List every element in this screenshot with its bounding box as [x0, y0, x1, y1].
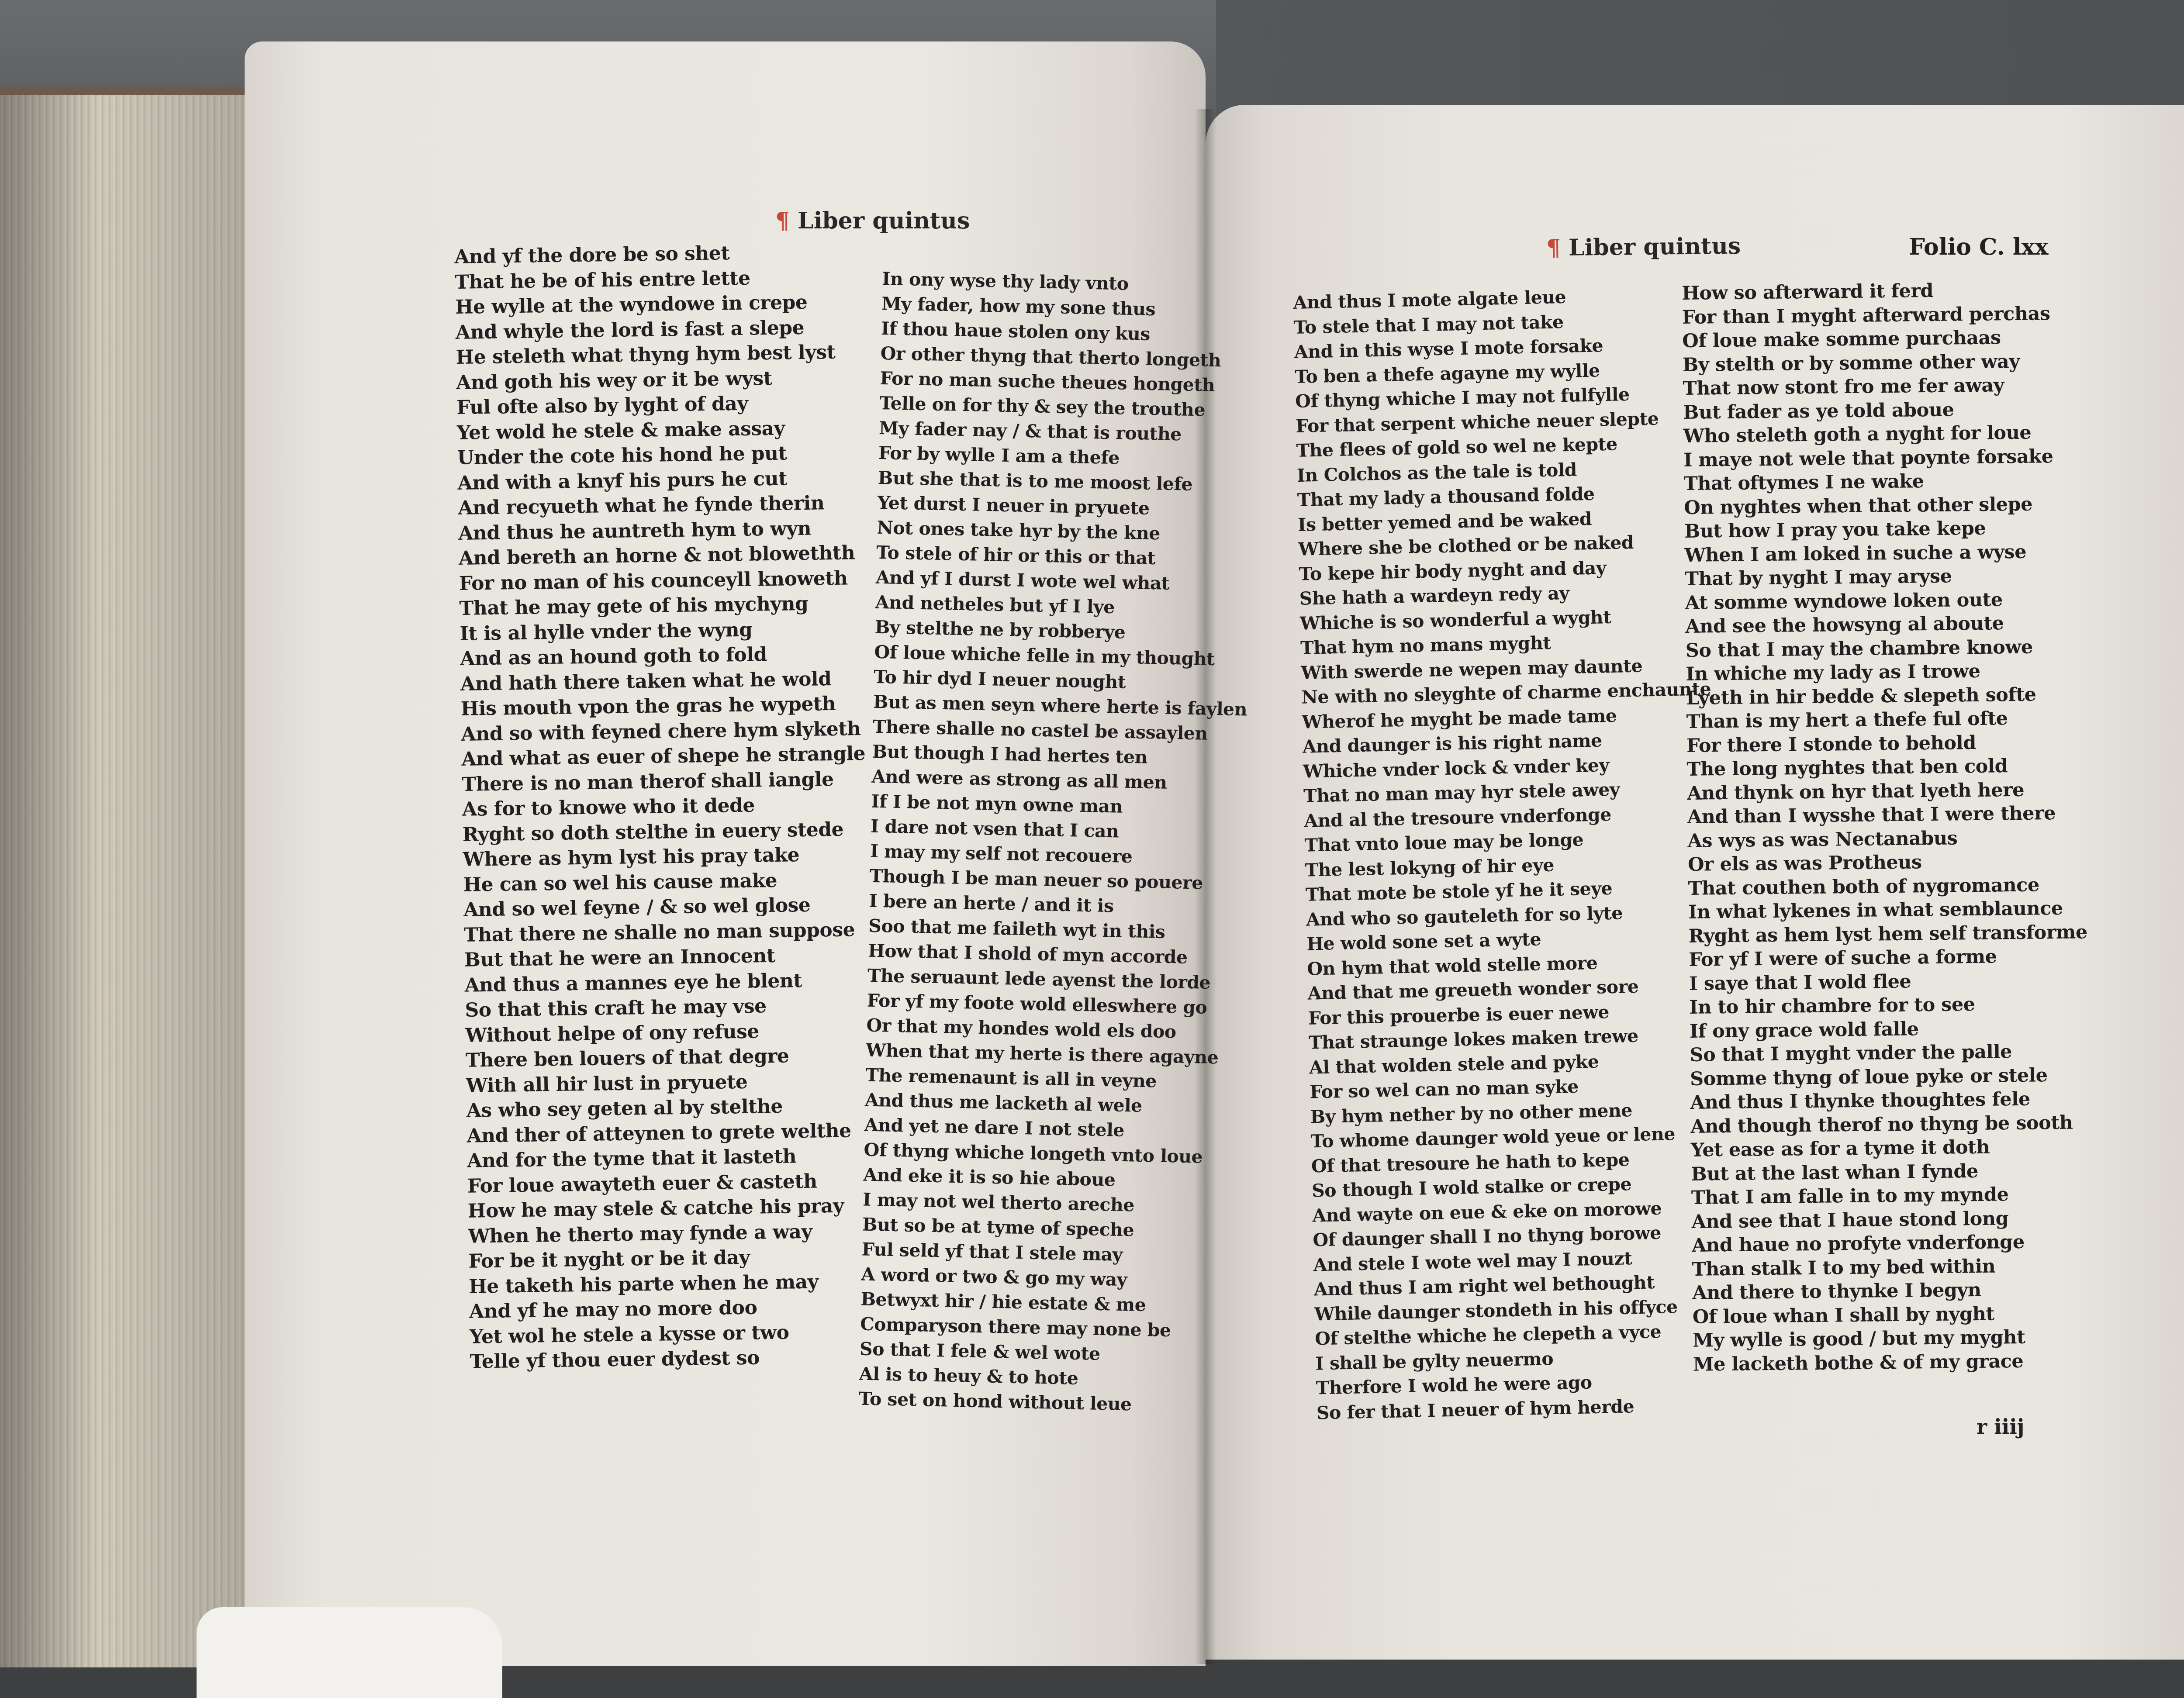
verse-line: That couthen both of nygromance: [1688, 873, 2087, 901]
verse-line: And than I wysshe that I were there: [1687, 801, 2087, 829]
verse-line: On nyghtes when that other slepe: [1684, 492, 2083, 520]
verse-line: My wylle is good / but my myght: [1693, 1325, 2092, 1353]
verse-line: That I am falle in to my mynde: [1691, 1182, 2091, 1210]
verse-line: For yf I were of suche a forme: [1689, 944, 2088, 972]
verse-line: Ryght as hem lyst hem self transforme: [1688, 920, 2087, 948]
verse-line: Than stalk I to my bed within: [1692, 1253, 2091, 1281]
verse-line: That now stont fro me fer away: [1683, 373, 2082, 400]
verse-line: And thynk on hyr that lyeth here: [1687, 777, 2086, 805]
verse-line: Or els as was Protheus: [1688, 849, 2087, 877]
verse-line: Of loue whan I shall by nyght: [1693, 1301, 2092, 1329]
verse-line: For than I myght afterward perchas: [1682, 301, 2081, 329]
verse-line: Me lacketh bothe & of my grace: [1693, 1349, 2092, 1377]
verse-line: Yet ease as for a tyme it doth: [1691, 1134, 2090, 1162]
book-support-cloth: [197, 1607, 502, 1698]
folio-number: Folio C. lxx: [1909, 234, 2049, 260]
verse-line: Of loue make somme purchaas: [1682, 325, 2081, 353]
verse-line: And thus I thynke thoughtes fele: [1690, 1087, 2089, 1115]
book-page-edges-left: [0, 87, 245, 1667]
verse-line: If ony grace wold falle: [1690, 1015, 2089, 1043]
verse-line: But at the last whan I fynde: [1691, 1158, 2090, 1186]
verse-line: But how I pray you take kepe: [1684, 515, 2084, 543]
verse-line: And see that I haue stond long: [1691, 1206, 2091, 1234]
right-page-column-2: How so afterward it ferd For than I mygh…: [1682, 277, 2092, 1376]
verse-line: The long nyghtes that ben cold: [1686, 753, 2086, 781]
verse-line: I saye that I wold flee: [1689, 968, 2088, 996]
right-page-column-1: And thus I mote algate leue To stele tha…: [1293, 282, 1726, 1425]
verse-line: Than is my hert a thefe ful ofte: [1686, 706, 2085, 734]
verse-line: In what lykenes in what semblaunce: [1688, 896, 2087, 924]
left-page-column-1: And yf the dore be so shet That he be of…: [454, 239, 874, 1374]
verse-line: But fader as ye told aboue: [1683, 397, 2082, 424]
verse-line: And haue no profyte vnderfonge: [1692, 1229, 2091, 1257]
pilcrow-icon: ¶: [775, 207, 790, 234]
verse-line: So that I myght vnder the palle: [1690, 1039, 2089, 1067]
verse-line: And though therof no thyng be sooth: [1690, 1111, 2090, 1139]
verse-line: By stelth or by somme other way: [1683, 349, 2082, 377]
verse-line: How so afterward it ferd: [1682, 277, 2081, 305]
signature-mark: r iiij: [1977, 1415, 2024, 1439]
verse-line: As wys as was Nectanabus: [1687, 825, 2087, 853]
left-page-column-2: In ony wyse thy lady vnto My fader, how …: [858, 266, 1256, 1419]
verse-line: Lyeth in hir bedde & slepeth softe: [1686, 682, 2085, 710]
verse-line: And see the howsyng al aboute: [1685, 611, 2084, 638]
verse-line: So that I may the chambre knowe: [1686, 635, 2085, 663]
verse-line: In to hir chambre for to see: [1689, 991, 2088, 1019]
verse-line: At somme wyndowe loken oute: [1685, 587, 2084, 615]
running-head-title: Liber quintus: [1569, 233, 1741, 261]
verse-line: That oftymes I ne wake: [1684, 468, 2083, 496]
verse-line: Who steleth goth a nyght for loue: [1683, 420, 2082, 448]
verse-line: When I am loked in suche a wyse: [1684, 539, 2084, 567]
verse-line: For there I stonde to behold: [1686, 730, 2086, 758]
right-running-head: ¶Liber quintus: [1546, 233, 1741, 262]
verse-line: And there to thynke I begyn: [1692, 1277, 2091, 1305]
verse-line: In whiche my lady as I trowe: [1686, 658, 2085, 686]
left-running-head: ¶Liber quintus: [775, 207, 970, 234]
verse-line: Somme thyng of loue pyke or stele: [1690, 1063, 2089, 1091]
verse-line: That by nyght I may aryse: [1685, 563, 2084, 591]
running-head-title: Liber quintus: [798, 207, 970, 234]
pilcrow-icon: ¶: [1546, 235, 1561, 261]
verse-line: I maye not wele that poynte forsake: [1683, 444, 2083, 472]
